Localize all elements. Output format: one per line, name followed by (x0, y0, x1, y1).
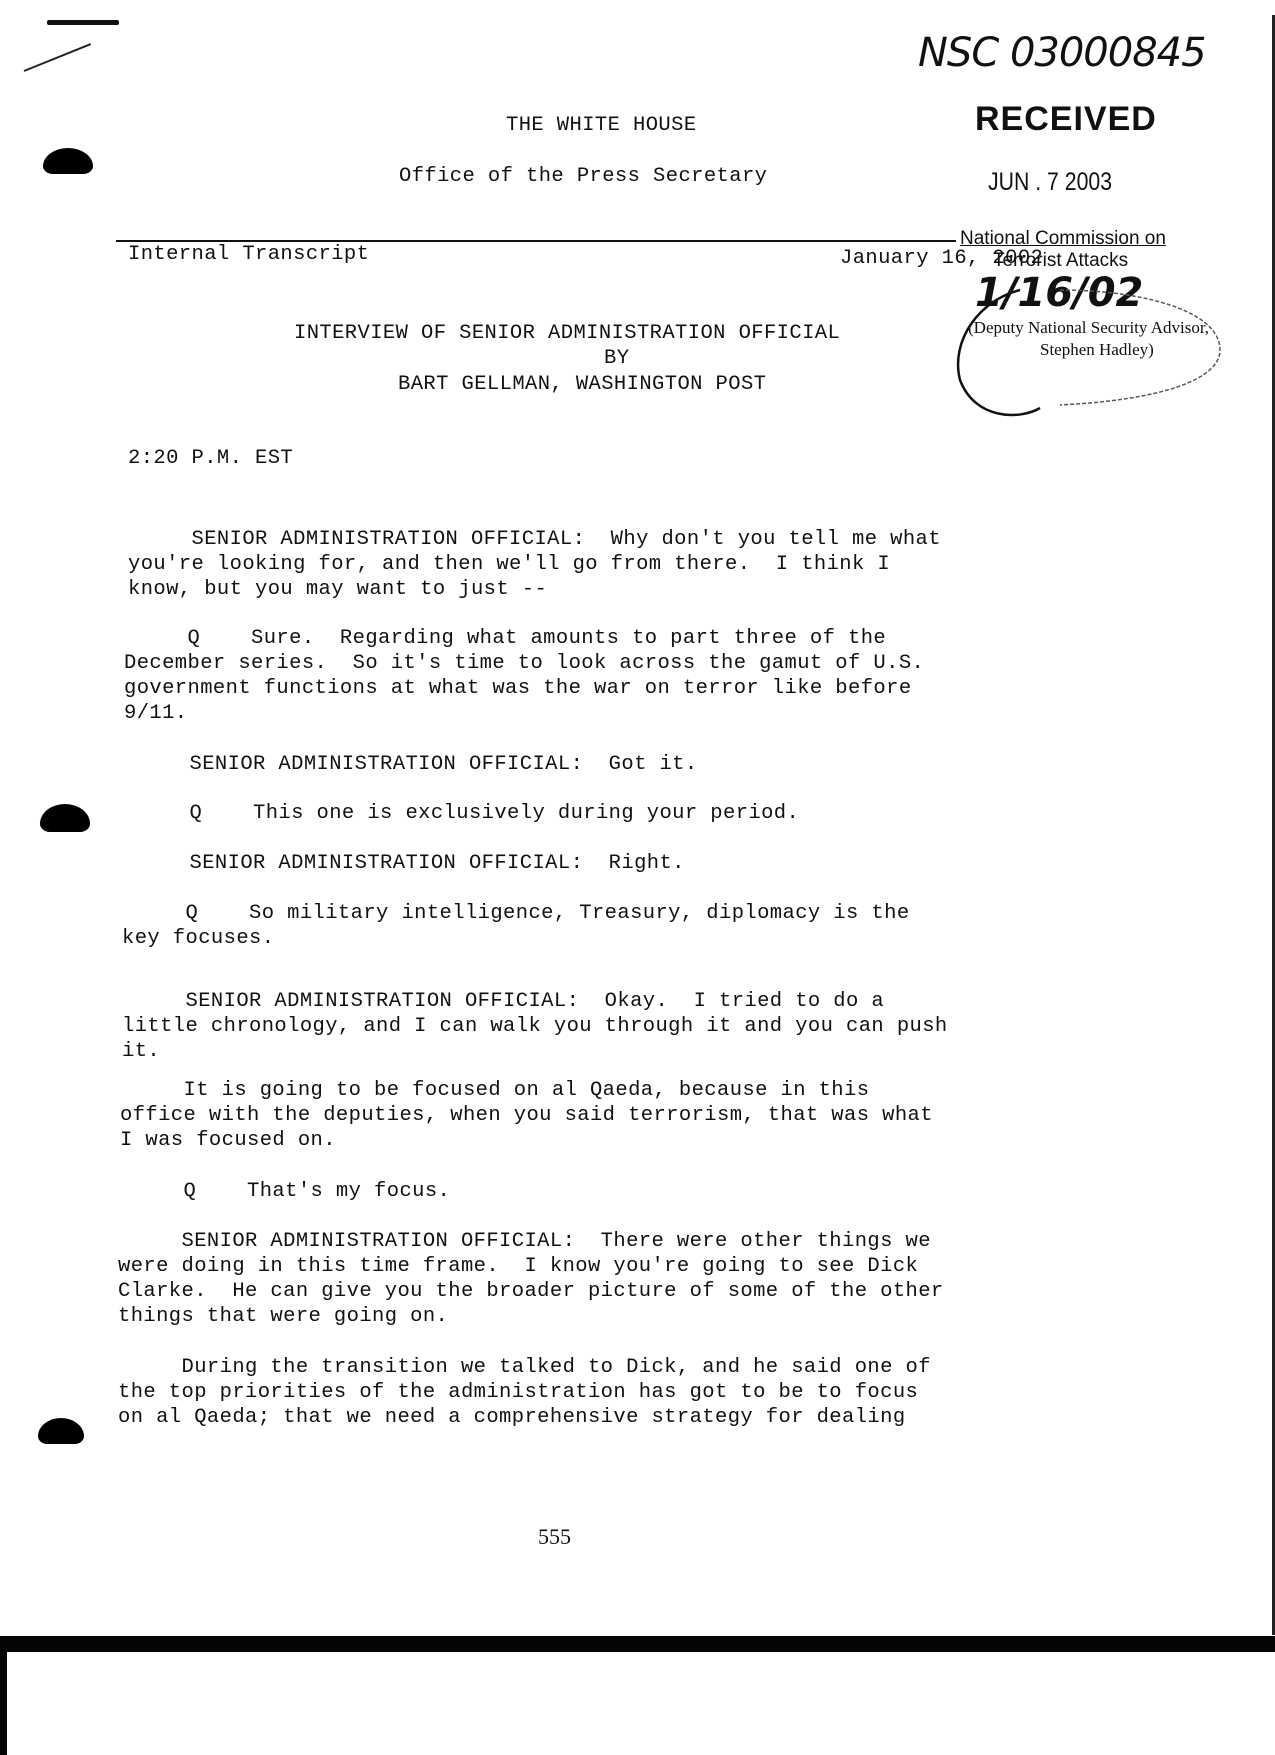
transcript-line: little chronology, and I can walk you th… (122, 1015, 948, 1038)
scan-left-bar (0, 1636, 7, 1755)
title-line2: BY (604, 347, 629, 370)
transcript-line: Q So military intelligence, Treasury, di… (122, 902, 910, 925)
transcript-line: on al Qaeda; that we need a comprehensiv… (118, 1406, 906, 1429)
interview-time: 2:20 P.M. EST (128, 447, 293, 470)
transcript-line: government functions at what was the war… (124, 677, 912, 700)
commission-stamp-line1: National Commission on (960, 228, 1166, 250)
transcript-line: it. (122, 1040, 160, 1063)
page-number: 555 (538, 1524, 571, 1550)
header-rule (116, 240, 956, 242)
punch-hole-mark (40, 804, 90, 832)
letterhead-org: THE WHITE HOUSE (506, 114, 697, 137)
transcript-line: key focuses. (122, 927, 274, 950)
transcript-line: SENIOR ADMINISTRATION OFFICIAL: Got it. (126, 753, 698, 776)
title-line1: INTERVIEW OF SENIOR ADMINISTRATION OFFIC… (294, 322, 840, 345)
annotation-line2: Stephen Hadley) (1040, 340, 1154, 360)
transcript-line: SENIOR ADMINISTRATION OFFICIAL: Okay. I … (122, 990, 884, 1013)
transcript-line: office with the deputies, when you said … (120, 1104, 933, 1127)
transcript-line: SENIOR ADMINISTRATION OFFICIAL: There we… (118, 1230, 931, 1253)
transcript-line: I was focused on. (120, 1129, 336, 1152)
commission-stamp-line2: Terrorist Attacks (993, 250, 1128, 272)
scan-mark-diagonal (24, 43, 92, 72)
transcript-line: Clarke. He can give you the broader pict… (118, 1280, 944, 1303)
punch-hole-mark (38, 1418, 84, 1444)
handwritten-document-id: NSC 03000845 (918, 30, 1206, 76)
received-stamp-label: RECEIVED (975, 100, 1157, 139)
letterhead-office: Office of the Press Secretary (399, 165, 767, 188)
transcript-line: were doing in this time frame. I know yo… (118, 1255, 918, 1278)
title-line3: BART GELLMAN, WASHINGTON POST (398, 373, 766, 396)
annotation-line1: (Deputy National Security Advisor, (968, 318, 1209, 338)
transcript-line: Q This one is exclusively during your pe… (126, 802, 799, 825)
scan-mark-top (47, 20, 119, 25)
transcript-line: December series. So it's time to look ac… (124, 652, 924, 675)
punch-hole-mark (43, 148, 93, 174)
transcript-line: know, but you may want to just -- (128, 578, 547, 601)
transcript-line: the top priorities of the administration… (118, 1381, 918, 1404)
transcript-line: During the transition we talked to Dick,… (118, 1356, 931, 1379)
transcript-line: It is going to be focused on al Qaeda, b… (120, 1079, 869, 1102)
transcript-line: you're looking for, and then we'll go fr… (128, 553, 890, 576)
transcript-line: SENIOR ADMINISTRATION OFFICIAL: Why don'… (128, 528, 941, 551)
transcript-line: SENIOR ADMINISTRATION OFFICIAL: Right. (126, 852, 685, 875)
transcript-line: 9/11. (124, 702, 188, 725)
header-label: Internal Transcript (128, 243, 369, 266)
transcript-line: Q That's my focus. (120, 1180, 450, 1203)
transcript-line: things that were going on. (118, 1305, 448, 1328)
received-stamp-date: JUN . 7 2003 (988, 168, 1112, 197)
transcript-line: Q Sure. Regarding what amounts to part t… (124, 627, 886, 650)
scan-bottom-bar (0, 1636, 1275, 1652)
